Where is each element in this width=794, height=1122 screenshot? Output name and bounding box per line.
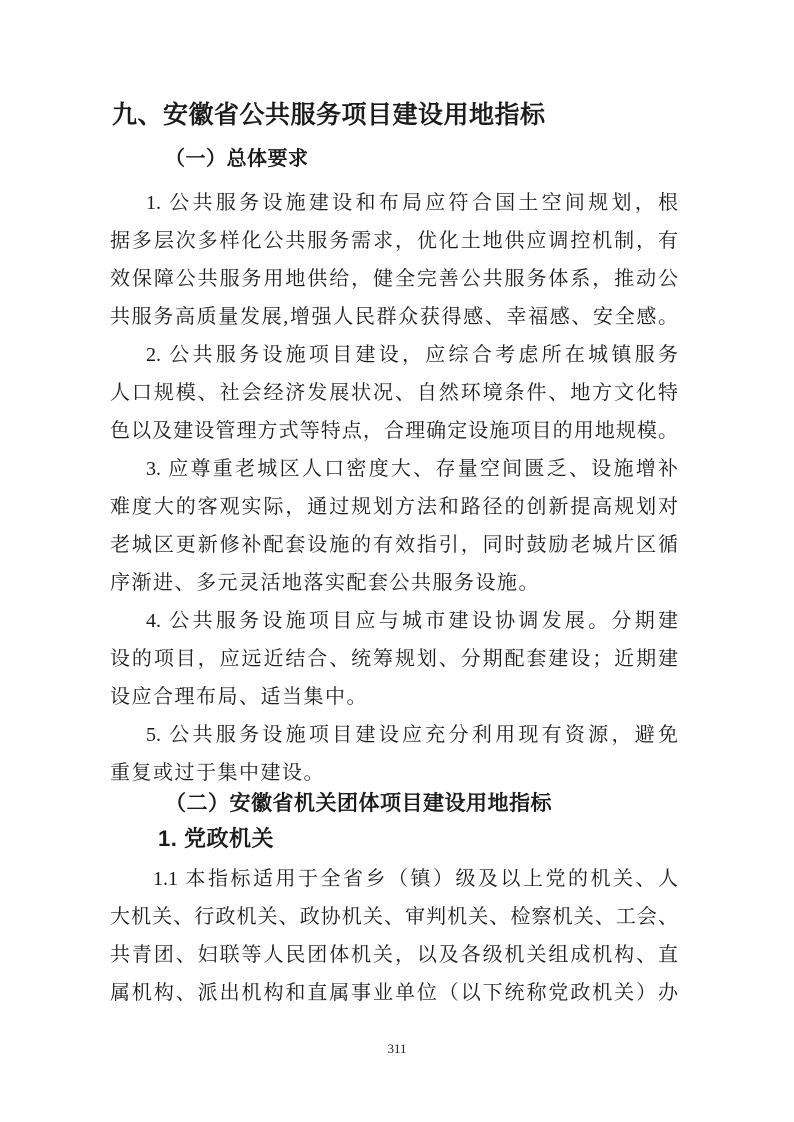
section-2-heading: （二）安徽省机关团体项目建设用地指标 bbox=[165, 790, 678, 818]
text-line: 人口规模、社会经济发展状况、自然环境条件、地方文化特 bbox=[110, 374, 678, 412]
paragraph-1: 1. 公共服务设施建设和布局应符合国土空间规划，根 据多层次多样化公共服务需求，… bbox=[110, 184, 678, 336]
text-line: 1. 公共服务设施建设和布局应符合国土空间规划，根 bbox=[110, 184, 678, 222]
text-line: 难度大的客观实际，通过规划方法和路径的创新提高规划对 bbox=[110, 488, 678, 526]
section-1-heading: （一）总体要求 bbox=[165, 147, 678, 171]
document-title: 九、安徽省公共服务项目建设用地指标 bbox=[112, 97, 678, 133]
text-line: 据多层次多样化公共服务需求，优化土地供应调控机制，有 bbox=[110, 222, 678, 260]
paragraph-5: 5. 公共服务设施项目建设应充分利用现有资源，避免 重复或过于集中建设。 bbox=[110, 716, 678, 792]
text-line: 共服务高质量发展,增强人民群众获得感、幸福感、安全感。 bbox=[110, 298, 678, 336]
section-2-subheading: 1. 党政机关 bbox=[158, 824, 678, 854]
text-line: 重复或过于集中建设。 bbox=[110, 754, 678, 792]
text-line: 4. 公共服务设施项目应与城市建设协调发展。分期建 bbox=[110, 602, 678, 640]
document-content: 九、安徽省公共服务项目建设用地指标 （一）总体要求 1. 公共服务设施建设和布局… bbox=[110, 97, 678, 1012]
text-line: 大机关、行政机关、政协机关、审判机关、检察机关、工会、 bbox=[110, 898, 678, 936]
text-line: 效保障公共服务用地供给，健全完善公共服务体系，推动公 bbox=[110, 260, 678, 298]
paragraph-6: 1.1 本指标适用于全省乡（镇）级及以上党的机关、人 大机关、行政机关、政协机关… bbox=[110, 860, 678, 1012]
text-line: 序渐进、多元灵活地落实配套公共服务设施。 bbox=[110, 564, 678, 602]
page-number: 311 bbox=[0, 1040, 794, 1058]
paragraph-4: 4. 公共服务设施项目应与城市建设协调发展。分期建 设的项目，应远近结合、统筹规… bbox=[110, 602, 678, 716]
text-line: 色以及建设管理方式等特点，合理确定设施项目的用地规模。 bbox=[110, 412, 678, 450]
text-line: 设应合理布局、适当集中。 bbox=[110, 678, 678, 716]
text-line: 共青团、妇联等人民团体机关，以及各级机关组成机构、直 bbox=[110, 936, 678, 974]
text-line: 1.1 本指标适用于全省乡（镇）级及以上党的机关、人 bbox=[110, 860, 678, 898]
text-line: 设的项目，应远近结合、统筹规划、分期配套建设；近期建 bbox=[110, 640, 678, 678]
text-line: 属机构、派出机构和直属事业单位（以下统称党政机关）办 bbox=[110, 974, 678, 1012]
text-line: 老城区更新修补配套设施的有效指引，同时鼓励老城片区循 bbox=[110, 526, 678, 564]
text-line: 2. 公共服务设施项目建设，应综合考虑所在城镇服务 bbox=[110, 336, 678, 374]
text-line: 3. 应尊重老城区人口密度大、存量空间匮乏、设施增补 bbox=[110, 450, 678, 488]
document-page: 九、安徽省公共服务项目建设用地指标 （一）总体要求 1. 公共服务设施建设和布局… bbox=[0, 0, 794, 1122]
paragraph-2: 2. 公共服务设施项目建设，应综合考虑所在城镇服务 人口规模、社会经济发展状况、… bbox=[110, 336, 678, 450]
text-line: 5. 公共服务设施项目建设应充分利用现有资源，避免 bbox=[110, 716, 678, 754]
paragraph-3: 3. 应尊重老城区人口密度大、存量空间匮乏、设施增补 难度大的客观实际，通过规划… bbox=[110, 450, 678, 602]
